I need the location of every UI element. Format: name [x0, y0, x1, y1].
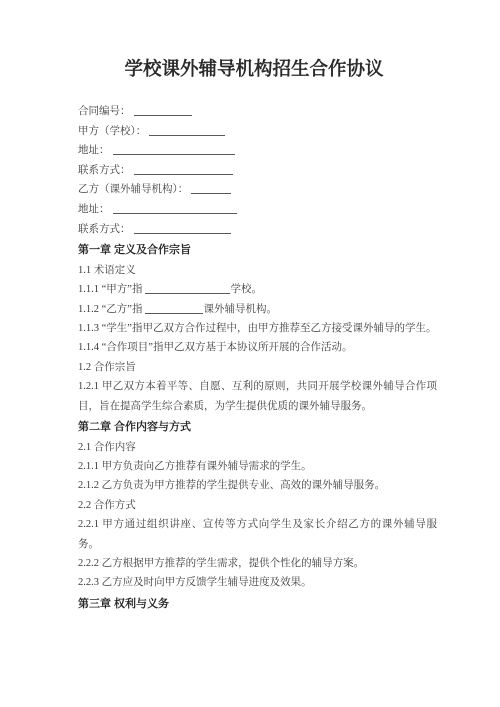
clause-2-2-3: 2.2.3 乙方应及时向甲方反馈学生辅导进度及效果。	[78, 573, 437, 592]
clause-2-1-2: 2.1.2 乙方负责为甲方推荐的学生提供专业、高效的课外辅导服务。	[78, 476, 437, 495]
blank-line	[134, 104, 192, 116]
blank-line	[145, 282, 230, 294]
document-title: 学校课外辅导机构招生合作协议	[71, 56, 437, 84]
clause-1-1-1: 1.1.1 “甲方”指学校。	[78, 280, 437, 299]
clause-1-1: 1.1 术语定义	[78, 261, 437, 280]
field-label: 乙方（课外辅导机构）：	[78, 184, 188, 195]
blank-line	[149, 124, 225, 136]
clause-1-1-3: 1.1.3 “学生”指甲乙双方合作过程中，由甲方推荐至乙方接受课外辅导的学生。	[78, 319, 437, 338]
blank-line	[191, 182, 231, 194]
field-party-b-contact: 联系方式：	[78, 220, 437, 240]
clause-text-pre: 1.1.1 “甲方”指	[78, 284, 142, 295]
field-label: 甲方（学校）：	[78, 126, 146, 137]
chapter-heading: 第三章 权利与义务	[78, 595, 437, 615]
chapter-3: 第三章 权利与义务	[78, 595, 437, 615]
clause-1-1-4: 1.1.4 “合作项目”指甲乙双方基于本协议所开展的合作活动。	[78, 338, 437, 357]
blank-line	[134, 222, 231, 234]
field-party-a: 甲方（学校）：	[78, 122, 437, 142]
clause-2-2-1: 2.2.1 甲方通过组织讲座、宣传等方式向学生及家长介绍乙方的课外辅导服务。	[78, 515, 437, 554]
chapter-heading: 第二章 合作内容与方式	[78, 418, 437, 438]
chapter-heading: 第一章 定义及合作宗旨	[78, 241, 437, 261]
clause-2-2: 2.2 合作方式	[78, 496, 437, 515]
field-label: 地址：	[78, 145, 110, 156]
clause-text-post: 课外辅导机构。	[203, 304, 277, 315]
field-party-a-address: 地址：	[78, 141, 437, 161]
clause-2-1-1: 2.1.1 甲方负责向乙方推荐有课外辅导需求的学生。	[78, 457, 437, 476]
field-party-a-contact: 联系方式：	[78, 161, 437, 181]
field-label: 地址：	[78, 204, 110, 215]
clause-1-2-1: 1.2.1 甲乙双方本着平等、自愿、互利的原则，共同开展学校课外辅导合作项目，旨…	[78, 377, 437, 416]
clause-2-2-2: 2.2.2 乙方根据甲方推荐的学生需求，提供个性化的辅导方案。	[78, 554, 437, 573]
chapter-1: 第一章 定义及合作宗旨 1.1 术语定义 1.1.1 “甲方”指学校。 1.1.…	[78, 241, 437, 416]
clause-text-post: 学校。	[230, 284, 262, 295]
document-page: 学校课外辅导机构招生合作协议 合同编号： 甲方（学校）： 地址： 联系方式： 乙…	[0, 0, 500, 707]
blank-line	[113, 202, 237, 214]
chapter-2: 第二章 合作内容与方式 2.1 合作内容 2.1.1 甲方负责向乙方推荐有课外辅…	[78, 418, 437, 593]
clause-1-1-2: 1.1.2 “乙方”指课外辅导机构。	[78, 300, 437, 319]
field-party-b: 乙方（课外辅导机构）：	[78, 180, 437, 200]
field-label: 合同编号：	[78, 106, 131, 117]
clause-text-pre: 1.1.2 “乙方”指	[78, 304, 142, 315]
blank-line	[145, 302, 203, 314]
clause-2-1: 2.1 合作内容	[78, 438, 437, 457]
field-label: 联系方式：	[78, 224, 131, 235]
blank-line	[134, 163, 233, 175]
field-label: 联系方式：	[78, 165, 131, 176]
blank-line	[113, 143, 235, 155]
field-party-b-address: 地址：	[78, 200, 437, 220]
party-info-block: 合同编号： 甲方（学校）： 地址： 联系方式： 乙方（课外辅导机构）： 地址： …	[78, 102, 437, 239]
clause-1-2: 1.2 合作宗旨	[78, 358, 437, 377]
field-contract-number: 合同编号：	[78, 102, 437, 122]
